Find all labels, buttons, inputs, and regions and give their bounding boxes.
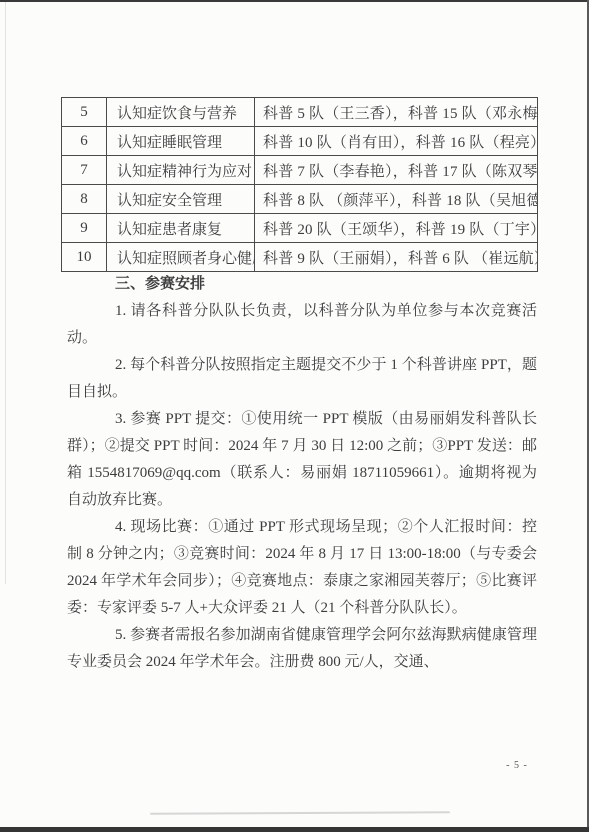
document-body: 三、参赛安排 1. 请各科普分队队长负责，以科普分队为单位参与本次竞赛活动。 2… — [67, 271, 537, 676]
row-number-cell: 6 — [62, 127, 107, 156]
paragraph-2: 2. 每个科普分队按照指定主题提交不少于 1 个科普讲座 PPT，题目自拟。 — [67, 352, 537, 406]
topics-table: 5 认知症饮食与营养 科普 5 队（王三香），科普 15 队（邓永梅） 6 认知… — [61, 97, 538, 272]
teams-cell: 科普 5 队（王三香），科普 15 队（邓永梅） — [255, 98, 538, 127]
teams-cell: 科普 8 队 （颜萍平），科普 18 队（吴旭德） — [255, 185, 538, 214]
teams-cell: 科普 20 队（王颂华），科普 19 队（丁宇） — [255, 214, 538, 243]
topic-cell: 认知症照顾者身心健康 — [107, 243, 255, 272]
teams-cell: 科普 10 队（肖有田），科普 16 队（程亮） — [255, 127, 538, 156]
paragraph-1: 1. 请各科普分队队长负责，以科普分队为单位参与本次竞赛活动。 — [67, 298, 537, 352]
topic-cell: 认知症睡眠管理 — [107, 127, 255, 156]
table-row: 6 认知症睡眠管理 科普 10 队（肖有田），科普 16 队（程亮） — [62, 127, 538, 156]
paragraph-4: 4. 现场比赛：①通过 PPT 形式现场呈现；②个人汇报时间：控制 8 分钟之内… — [67, 514, 537, 622]
row-number-cell: 8 — [62, 185, 107, 214]
topic-cell: 认知症患者康复 — [107, 214, 255, 243]
document-page: 5 认知症饮食与营养 科普 5 队（王三香），科普 15 队（邓永梅） 6 认知… — [0, 0, 589, 832]
teams-cell: 科普 7 队（李春艳），科普 17 队（陈双琴） — [255, 156, 538, 185]
scan-edge-left — [5, 2, 6, 584]
topic-cell: 认知症饮食与营养 — [107, 98, 255, 127]
row-number-cell: 7 — [62, 156, 107, 185]
paragraph-3: 3. 参赛 PPT 提交：①使用统一 PPT 模版（由易丽娟发科普队长群）；②提… — [67, 406, 537, 514]
scan-edge-top — [0, 0, 589, 2]
row-number-cell: 10 — [62, 243, 107, 272]
scan-edge-bottom — [0, 827, 589, 832]
table-row: 10 认知症照顾者身心健康 科普 9 队（王丽娟），科普 6 队 （崔远航） — [62, 243, 538, 272]
row-number-cell: 5 — [62, 98, 107, 127]
page-number: - 5 - — [492, 760, 542, 771]
table-row: 5 认知症饮食与营养 科普 5 队（王三香），科普 15 队（邓永梅） — [62, 98, 538, 127]
table-row: 9 认知症患者康复 科普 20 队（王颂华），科普 19 队（丁宇） — [62, 214, 538, 243]
topic-cell: 认知症精神行为应对 — [107, 156, 255, 185]
scan-smudge — [150, 811, 450, 815]
paragraph-5: 5. 参赛者需报名参加湖南省健康管理学会阿尔兹海默病健康管理专业委员会 2024… — [67, 622, 537, 676]
table-row: 7 认知症精神行为应对 科普 7 队（李春艳），科普 17 队（陈双琴） — [62, 156, 538, 185]
teams-cell: 科普 9 队（王丽娟），科普 6 队 （崔远航） — [255, 243, 538, 272]
section-heading: 三、参赛安排 — [67, 271, 537, 298]
topic-cell: 认知症安全管理 — [107, 185, 255, 214]
table-row: 8 认知症安全管理 科普 8 队 （颜萍平），科普 18 队（吴旭德） — [62, 185, 538, 214]
row-number-cell: 9 — [62, 214, 107, 243]
